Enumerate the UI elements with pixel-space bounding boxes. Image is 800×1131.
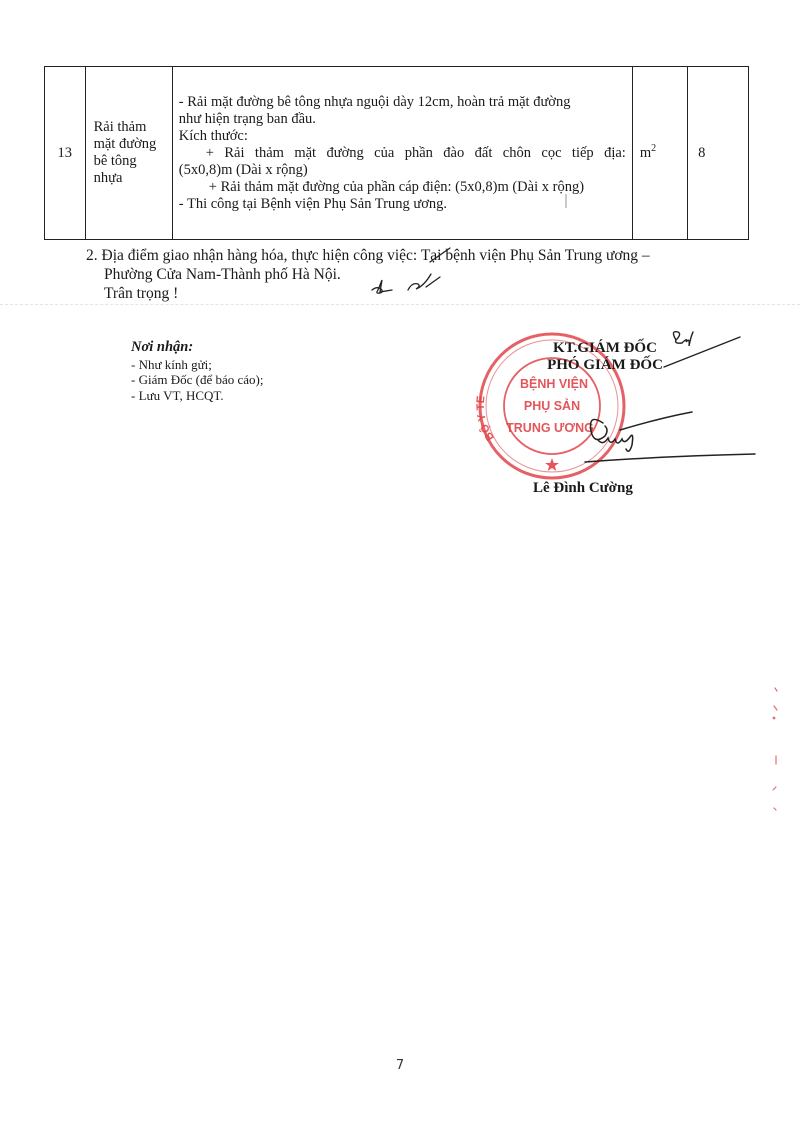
stamp-ring-text: BỘ Y TẾ [476, 395, 497, 442]
scan-artifact-line [0, 304, 800, 305]
cell-description: - Rải mặt đường bê tông nhựa nguội dày 1… [172, 67, 632, 240]
stamp-line: PHỤ SẢN [524, 398, 580, 413]
signer-name: Lê Đình Cường [533, 480, 633, 497]
signature-title-2: PHÓ GIÁM ĐỐC [540, 357, 670, 374]
stamp-line: TRUNG ƯƠNG [506, 421, 594, 435]
recipient-item: - Lưu VT, HCQT. [131, 388, 263, 404]
description-line: Kích thước: [179, 128, 626, 145]
closing-text: Trân trọng ! [86, 284, 766, 303]
description-line: như hiện trạng ban đầu. [179, 111, 626, 128]
recipients-block: Nơi nhận: - Như kính gửi; - Giám Đốc (để… [131, 340, 263, 403]
margin-stamp-marks [770, 680, 790, 820]
stamp-line: BỆNH VIỆN [520, 376, 588, 391]
signature-title-1: KT.GIÁM ĐỐC [540, 340, 670, 357]
recipient-item: - Như kính gửi; [131, 357, 263, 373]
description-line: (5x0,8)m (Dài x rộng) [179, 162, 626, 179]
unit-exponent: 2 [651, 143, 656, 154]
delivery-location-paragraph: 2. Địa điểm giao nhận hàng hóa, thực hiệ… [86, 246, 766, 303]
unit-base: m [640, 145, 651, 161]
star-icon [545, 458, 559, 471]
item-name-line: nhựa [94, 170, 172, 187]
recipient-item: - Giám Đốc (để báo cáo); [131, 372, 263, 388]
specification-table: 13 Rải thảm mặt đường bê tông nhựa - Rải… [44, 66, 749, 240]
item-name-line: Rải thảm [94, 119, 172, 136]
description-line: - Thi công tại Bệnh viện Phụ Sản Trung ư… [179, 196, 626, 213]
cell-item-name: Rải thảm mặt đường bê tông nhựa [85, 67, 172, 240]
page-number: 7 [0, 1058, 800, 1073]
item2-line2: Phường Cửa Nam-Thành phố Hà Nội. [86, 265, 766, 284]
top-right-initial [664, 332, 740, 367]
cell-quantity: 8 [688, 67, 749, 240]
cell-stt: 13 [45, 67, 86, 240]
recipients-title: Nơi nhận: [131, 340, 263, 356]
table-row: 13 Rải thảm mặt đường bê tông nhựa - Rải… [45, 67, 749, 240]
description-line: + Rải thảm mặt đường của phần đào đất ch… [179, 145, 626, 162]
item-name-line: bê tông [94, 153, 172, 170]
cell-unit: m2 [632, 67, 687, 240]
item2-line1: 2. Địa điểm giao nhận hàng hóa, thực hiệ… [86, 246, 766, 265]
description-line: - Rải mặt đường bê tông nhựa nguội dày 1… [179, 94, 626, 111]
document-page: 13 Rải thảm mặt đường bê tông nhựa - Rải… [0, 0, 800, 1131]
item-name-line: mặt đường [94, 136, 172, 153]
description-line: + Rải thảm mặt đường của phần cáp điện: … [179, 179, 626, 196]
svg-text:BỘ Y TẾ: BỘ Y TẾ [476, 395, 497, 442]
